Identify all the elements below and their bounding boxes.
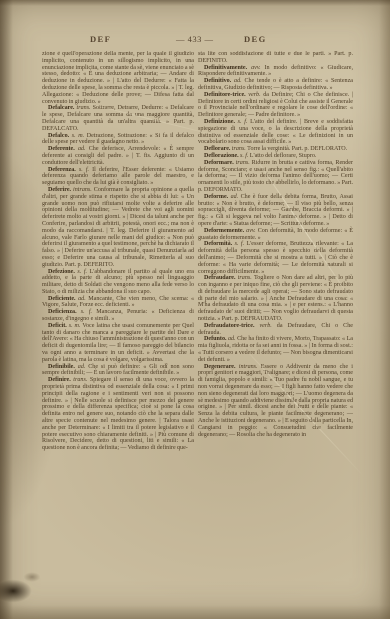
dictionary-entry: Deflorazione. s. f. L'atto del deflorare… <box>198 153 353 160</box>
dictionary-entry: Deferenza. s. f. Il deferire, l'Esser de… <box>42 167 194 187</box>
dictionary-entry: Definitivo. ad. Che tende o è atto a def… <box>198 78 353 92</box>
entry-continuation: sta lite con soddisfazione di tutte e du… <box>198 51 353 65</box>
dictionary-entry: Definitore-trice. verb. da Definire; Chi… <box>198 92 353 119</box>
dictionary-entry: Deferire. intrans. Conformare la propria… <box>42 187 194 269</box>
entry-continuation: zione è quell'operazione della mente, pe… <box>42 51 194 105</box>
dictionary-entry: Defalco. s. m. Detrazione, Sottrazione: … <box>42 133 194 147</box>
dictionary-entry: Defalcare. trans. Sottrarre, Detrarre, D… <box>42 105 194 132</box>
dictionary-entry: Defraudare. trans. Togliere o Non dare a… <box>198 275 353 323</box>
scanned-dictionary-page: DEF — 433 — DEG zione è quell'operazione… <box>0 0 390 619</box>
text-column-right: sta lite con soddisfazione di tutte e du… <box>198 51 353 551</box>
dictionary-entry: Deformità. s. f. L'esser deforme, Brutte… <box>198 241 353 275</box>
dictionary-entry: Definitivamente. avv. In modo definitivo… <box>198 65 353 79</box>
header-word-right: DEG <box>244 34 267 44</box>
dictionary-entry: Defunto. ad. Che ha finito di vivere, Mo… <box>198 336 353 363</box>
dictionary-entry: Deformemente. avv. Con deformità, In mod… <box>198 228 353 242</box>
dictionary-entry: Deficit. s. m. Voce latina che usasi com… <box>42 323 194 364</box>
dictionary-entry: Deficiente. ad. Mancante, Che vien meno,… <box>42 296 194 310</box>
dictionary-entry: Defezione. s. f. L'abbandonare il partit… <box>42 269 194 296</box>
dictionary-entry: Deflorare. trans. Torre la verginità. Pa… <box>198 146 353 153</box>
header-word-left: DEF <box>90 34 111 44</box>
dictionary-entry: Definire. trans. Spiegare il senso di un… <box>42 377 194 452</box>
dictionary-entry: Deforme. ad. Che è fuor della debita for… <box>198 194 353 228</box>
dictionary-entry: Deferente. ad. Che deferisce, Arrendevol… <box>42 146 194 166</box>
text-column-left: zione è quell'operazione della mente, pe… <box>42 51 194 551</box>
dictionary-entry: Deficienza. s. f. Mancanza, Penuria: « D… <box>42 309 194 323</box>
page-number: — 433 — <box>176 34 214 44</box>
dictionary-entry: Definibile. ad. Che si può definire: « G… <box>42 364 194 378</box>
dictionary-entry: Deformare. trans. Ridurre in brutta e ca… <box>198 160 353 194</box>
dictionary-entry: Definizione. s. f. L'atto del definire. … <box>198 119 353 146</box>
dictionary-entry: Degenerare. intrans. Essere o Addivenir … <box>198 364 353 439</box>
dictionary-entry: Defraudatore-trice. verb. da Defraudare,… <box>198 323 353 337</box>
